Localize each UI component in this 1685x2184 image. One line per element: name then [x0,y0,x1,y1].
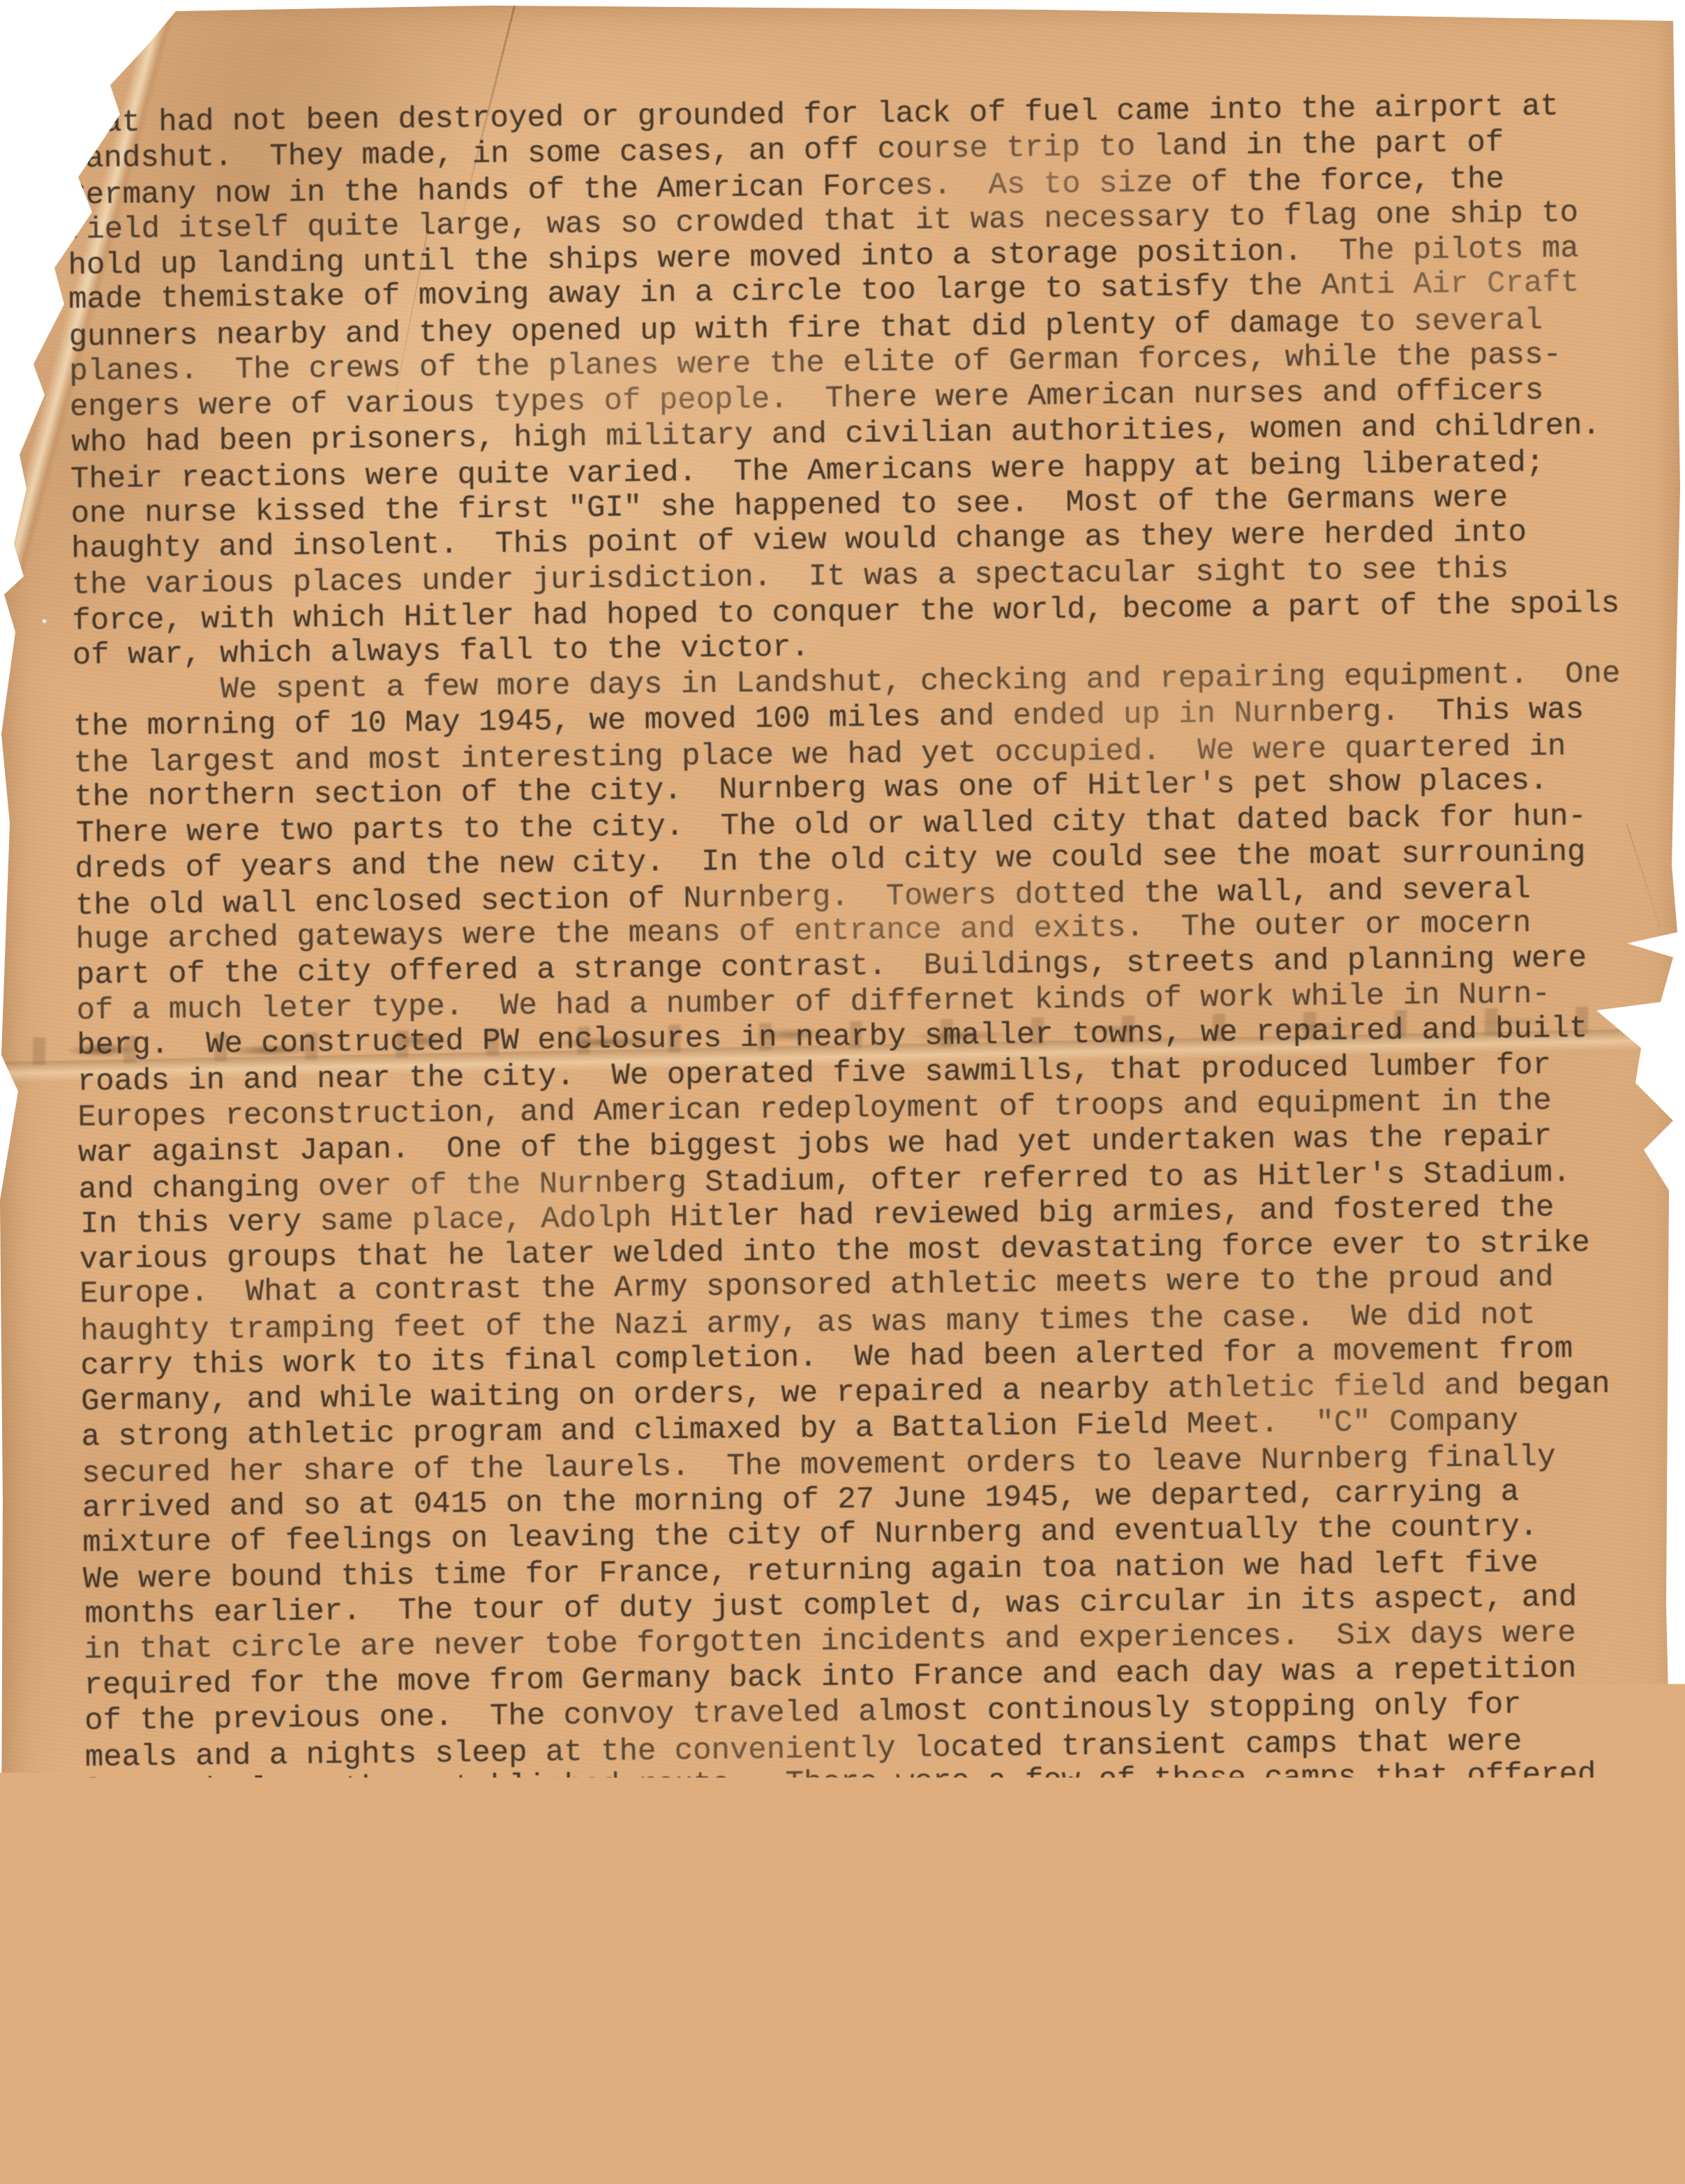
typewritten-text: 16 that had not been destroyed or ground… [66,88,1685,2059]
punch-hole [32,246,38,252]
scanned-page: 16 that had not been destroyed or ground… [0,0,1685,2184]
punch-hole [42,618,47,623]
paper-sheet: 16 that had not been destroyed or ground… [0,0,1685,2184]
punch-hole [29,357,34,362]
